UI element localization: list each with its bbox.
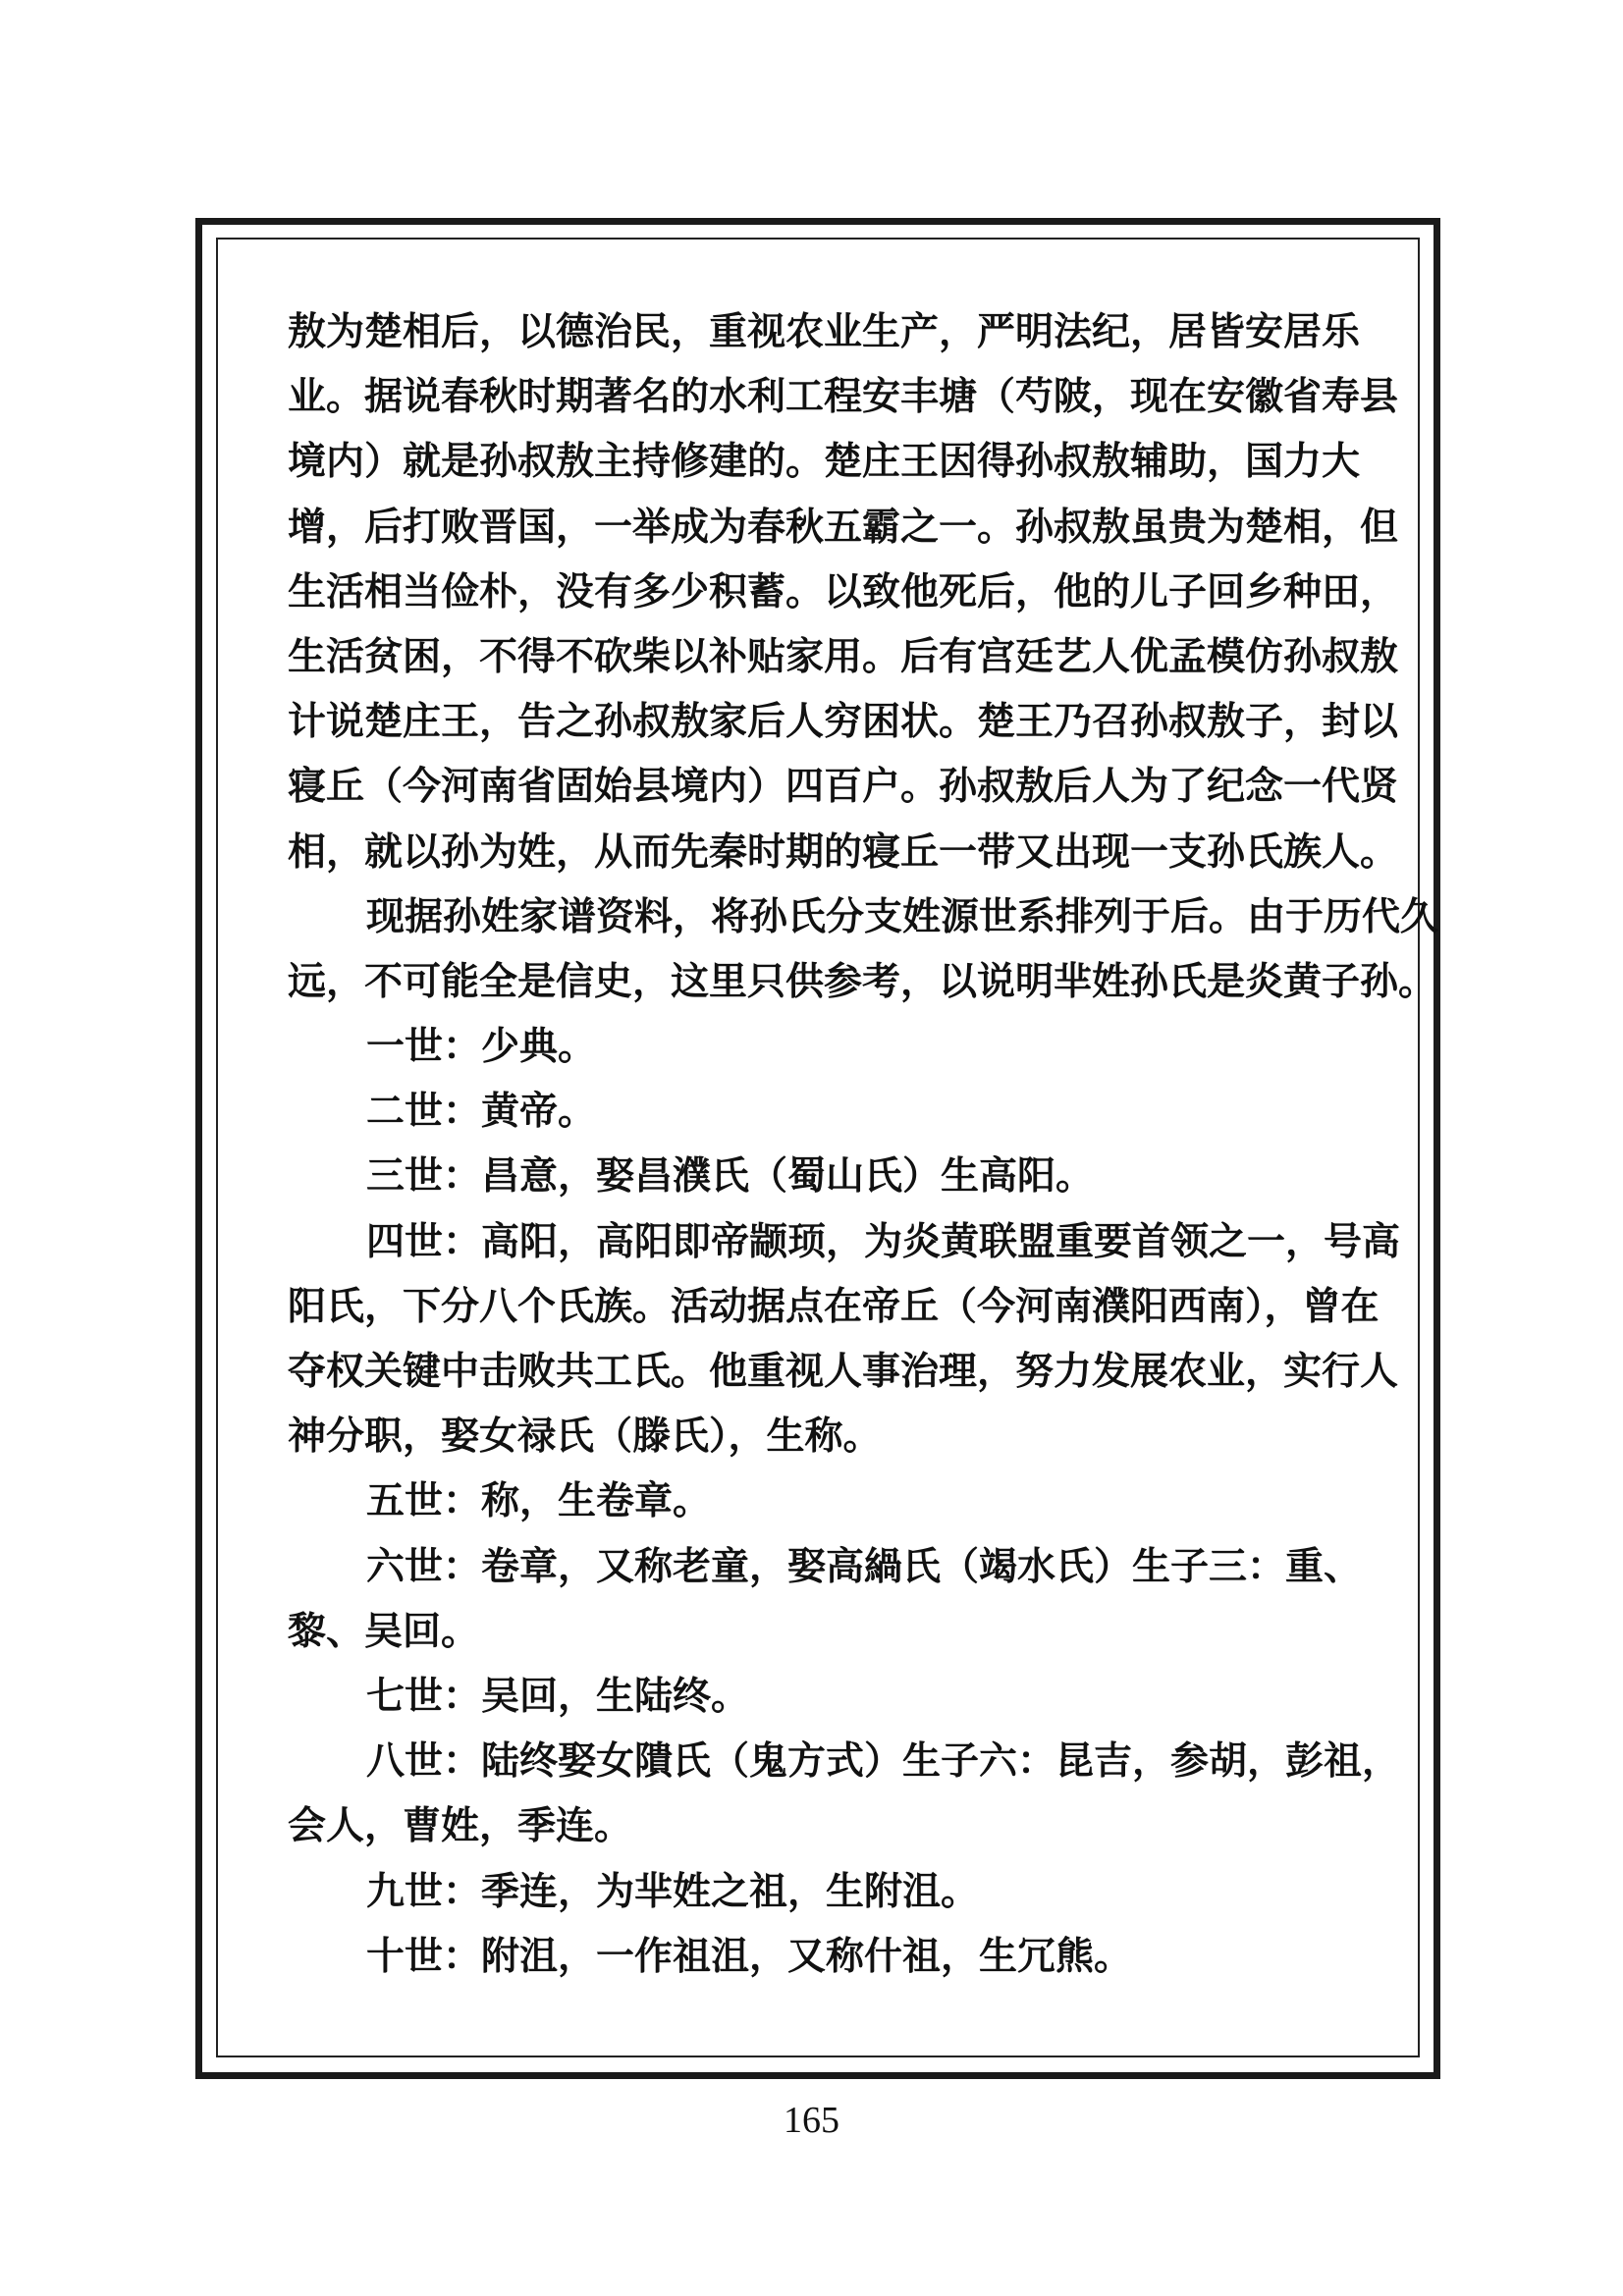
- text-line: 现据孙姓家谱资料，将孙氏分支姓源世系排列于后。由于历代久: [288, 885, 1348, 950]
- text-line: 会人，曹姓，季连。: [288, 1794, 1348, 1859]
- body-text: 敖为楚相后，以德治民，重视农业生产，严明法纪，居皆安居乐 业。据说春秋时期著名的…: [288, 300, 1348, 1990]
- text-line: 十世：附沮，一作祖沮，又称什祖，生冗熊。: [288, 1925, 1348, 1990]
- text-line: 远，不可能全是信史，这里只供参考，以说明芈姓孙氏是炎黄子孙。: [288, 950, 1348, 1015]
- text-line: 二世：黄帝。: [288, 1080, 1348, 1145]
- page-number: 165: [0, 2099, 1623, 2142]
- text-line: 九世：季连，为芈姓之祖，生附沮。: [288, 1860, 1348, 1925]
- text-line: 计说楚庄王，告之孙叔敖家后人穷困状。楚王乃召孙叔敖子，封以: [288, 690, 1348, 755]
- text-line: 夺权关键中击败共工氏。他重视人事治理，努力发展农业，实行人: [288, 1340, 1348, 1405]
- text-line: 神分职，娶女禄氏（滕氏），生称。: [288, 1405, 1348, 1469]
- text-line: 黎、吴回。: [288, 1600, 1348, 1665]
- text-line: 一世：少典。: [288, 1015, 1348, 1080]
- text-line: 寝丘（今河南省固始县境内）四百户。孙叔敖后人为了纪念一代贤: [288, 755, 1348, 820]
- text-line: 五世：称，生卷章。: [288, 1469, 1348, 1534]
- text-line: 境内）就是孙叔敖主持修建的。楚庄王因得孙叔敖辅助，国力大: [288, 430, 1348, 495]
- text-line: 四世：高阳，高阳即帝颛顼，为炎黄联盟重要首领之一，号高: [288, 1210, 1348, 1275]
- text-line: 业。据说春秋时期著名的水利工程安丰塘（芍陂，现在安徽省寿县: [288, 365, 1348, 430]
- text-line: 生活相当俭朴，没有多少积蓄。以致他死后，他的儿子回乡种田，: [288, 561, 1348, 625]
- text-line: 相，就以孙为姓，从而先秦时期的寝丘一带又出现一支孙氏族人。: [288, 821, 1348, 885]
- text-line: 生活贫困，不得不砍柴以补贴家用。后有宫廷艺人优孟模仿孙叔敖: [288, 625, 1348, 690]
- text-line: 阳氏，下分八个氏族。活动据点在帝丘（今河南濮阳西南），曾在: [288, 1275, 1348, 1340]
- text-line: 敖为楚相后，以德治民，重视农业生产，严明法纪，居皆安居乐: [288, 300, 1348, 365]
- text-line: 三世：昌意，娶昌濮氏（蜀山氏）生高阳。: [288, 1145, 1348, 1209]
- text-line: 六世：卷章，又称老童，娶高緺氏（竭水氏）生子三：重、: [288, 1535, 1348, 1600]
- text-line: 增，后打败晋国，一举成为春秋五霸之一。孙叔敖虽贵为楚相，但: [288, 496, 1348, 561]
- text-line: 七世：吴回，生陆终。: [288, 1665, 1348, 1730]
- text-line: 八世：陆终娶女隤氏（鬼方式）生子六：昆吉，参胡，彭祖，: [288, 1730, 1348, 1794]
